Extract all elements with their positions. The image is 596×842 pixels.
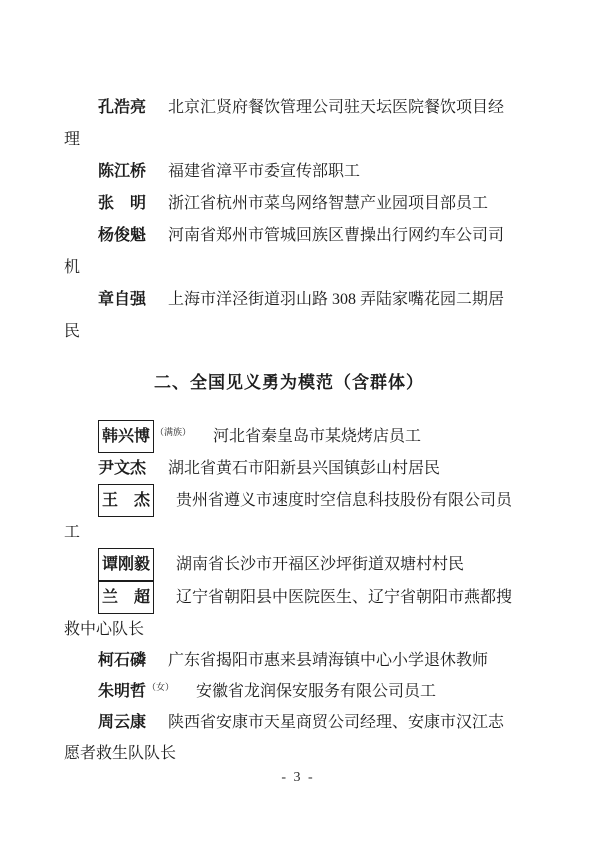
honoree-description: 湖南省长沙市开福区沙坪街道双塘村村民 — [176, 556, 464, 573]
honoree-name-deceased: 兰 超 — [98, 581, 154, 614]
honoree-entry: 周云康陕西省安康市天星商贸公司经理、安康市汉江志愿者救生队队长 — [64, 707, 514, 769]
honoree-name: 朱明哲 — [98, 676, 146, 707]
honoree-name: 杨俊魁 — [98, 220, 146, 252]
gender-note: （女） — [147, 682, 174, 692]
section-2-entries: 韩兴博（满族）河北省秦皇岛市某烧烤店员工 尹文杰湖北省黄石市阳新县兴国镇彭山村居… — [64, 420, 514, 769]
honoree-name-deceased: 谭刚毅 — [98, 548, 154, 581]
honoree-entry: 章自强上海市洋泾街道羽山路 308 弄陆家嘴花园二期居民 — [64, 284, 514, 348]
honoree-name: 陈江桥 — [98, 156, 146, 188]
honoree-entry: 朱明哲（女）安徽省龙润保安服务有限公司员工 — [64, 676, 514, 707]
honoree-entry: 张 明浙江省杭州市菜鸟网络智慧产业园项目部员工 — [64, 188, 514, 220]
honoree-name: 张 明 — [98, 188, 146, 220]
honoree-name: 柯石磷 — [98, 645, 146, 676]
honoree-entry: 尹文杰湖北省黄石市阳新县兴国镇彭山村居民 — [64, 453, 514, 484]
honoree-name: 孔浩亮 — [98, 92, 146, 124]
honoree-description: 浙江省杭州市菜鸟网络智慧产业园项目部员工 — [168, 195, 488, 212]
page-number: - 3 - — [0, 770, 596, 786]
section-2-heading: 二、全国见义勇为模范（含群体） — [64, 372, 514, 394]
honoree-name: 周云康 — [98, 707, 146, 738]
honoree-name-deceased: 王 杰 — [98, 484, 154, 517]
honoree-name-deceased: 韩兴博 — [98, 420, 154, 453]
honoree-description: 福建省漳平市委宣传部职工 — [168, 163, 360, 180]
honoree-entry: 孔浩亮北京汇贤府餐饮管理公司驻天坛医院餐饮项目经理 — [64, 92, 514, 156]
honoree-name: 章自强 — [98, 284, 146, 316]
ethnicity-note: （满族） — [155, 427, 191, 437]
honoree-entry: 陈江桥福建省漳平市委宣传部职工 — [64, 156, 514, 188]
honoree-description: 广东省揭阳市惠来县靖海镇中心小学退休教师 — [168, 652, 488, 669]
honoree-description: 安徽省龙润保安服务有限公司员工 — [196, 683, 436, 700]
honoree-entry: 韩兴博（满族）河北省秦皇岛市某烧烤店员工 — [64, 420, 514, 453]
honoree-entry: 王 杰贵州省遵义市速度时空信息科技股份有限公司员工 — [64, 484, 514, 548]
honoree-name: 尹文杰 — [98, 453, 146, 484]
honoree-entry: 谭刚毅湖南省长沙市开福区沙坪街道双塘村村民 — [64, 548, 514, 581]
honoree-entry: 柯石磷广东省揭阳市惠来县靖海镇中心小学退休教师 — [64, 645, 514, 676]
honoree-entry: 兰 超辽宁省朝阳县中医院医生、辽宁省朝阳市燕都搜救中心队长 — [64, 581, 514, 645]
document-page: 孔浩亮北京汇贤府餐饮管理公司驻天坛医院餐饮项目经理 陈江桥福建省漳平市委宣传部职… — [0, 0, 596, 769]
honoree-description: 河北省秦皇岛市某烧烤店员工 — [213, 428, 421, 445]
honoree-entry: 杨俊魁河南省郑州市管城回族区曹操出行网约车公司司机 — [64, 220, 514, 284]
section-1-entries: 孔浩亮北京汇贤府餐饮管理公司驻天坛医院餐饮项目经理 陈江桥福建省漳平市委宣传部职… — [64, 92, 514, 348]
honoree-description: 湖北省黄石市阳新县兴国镇彭山村居民 — [168, 460, 440, 477]
